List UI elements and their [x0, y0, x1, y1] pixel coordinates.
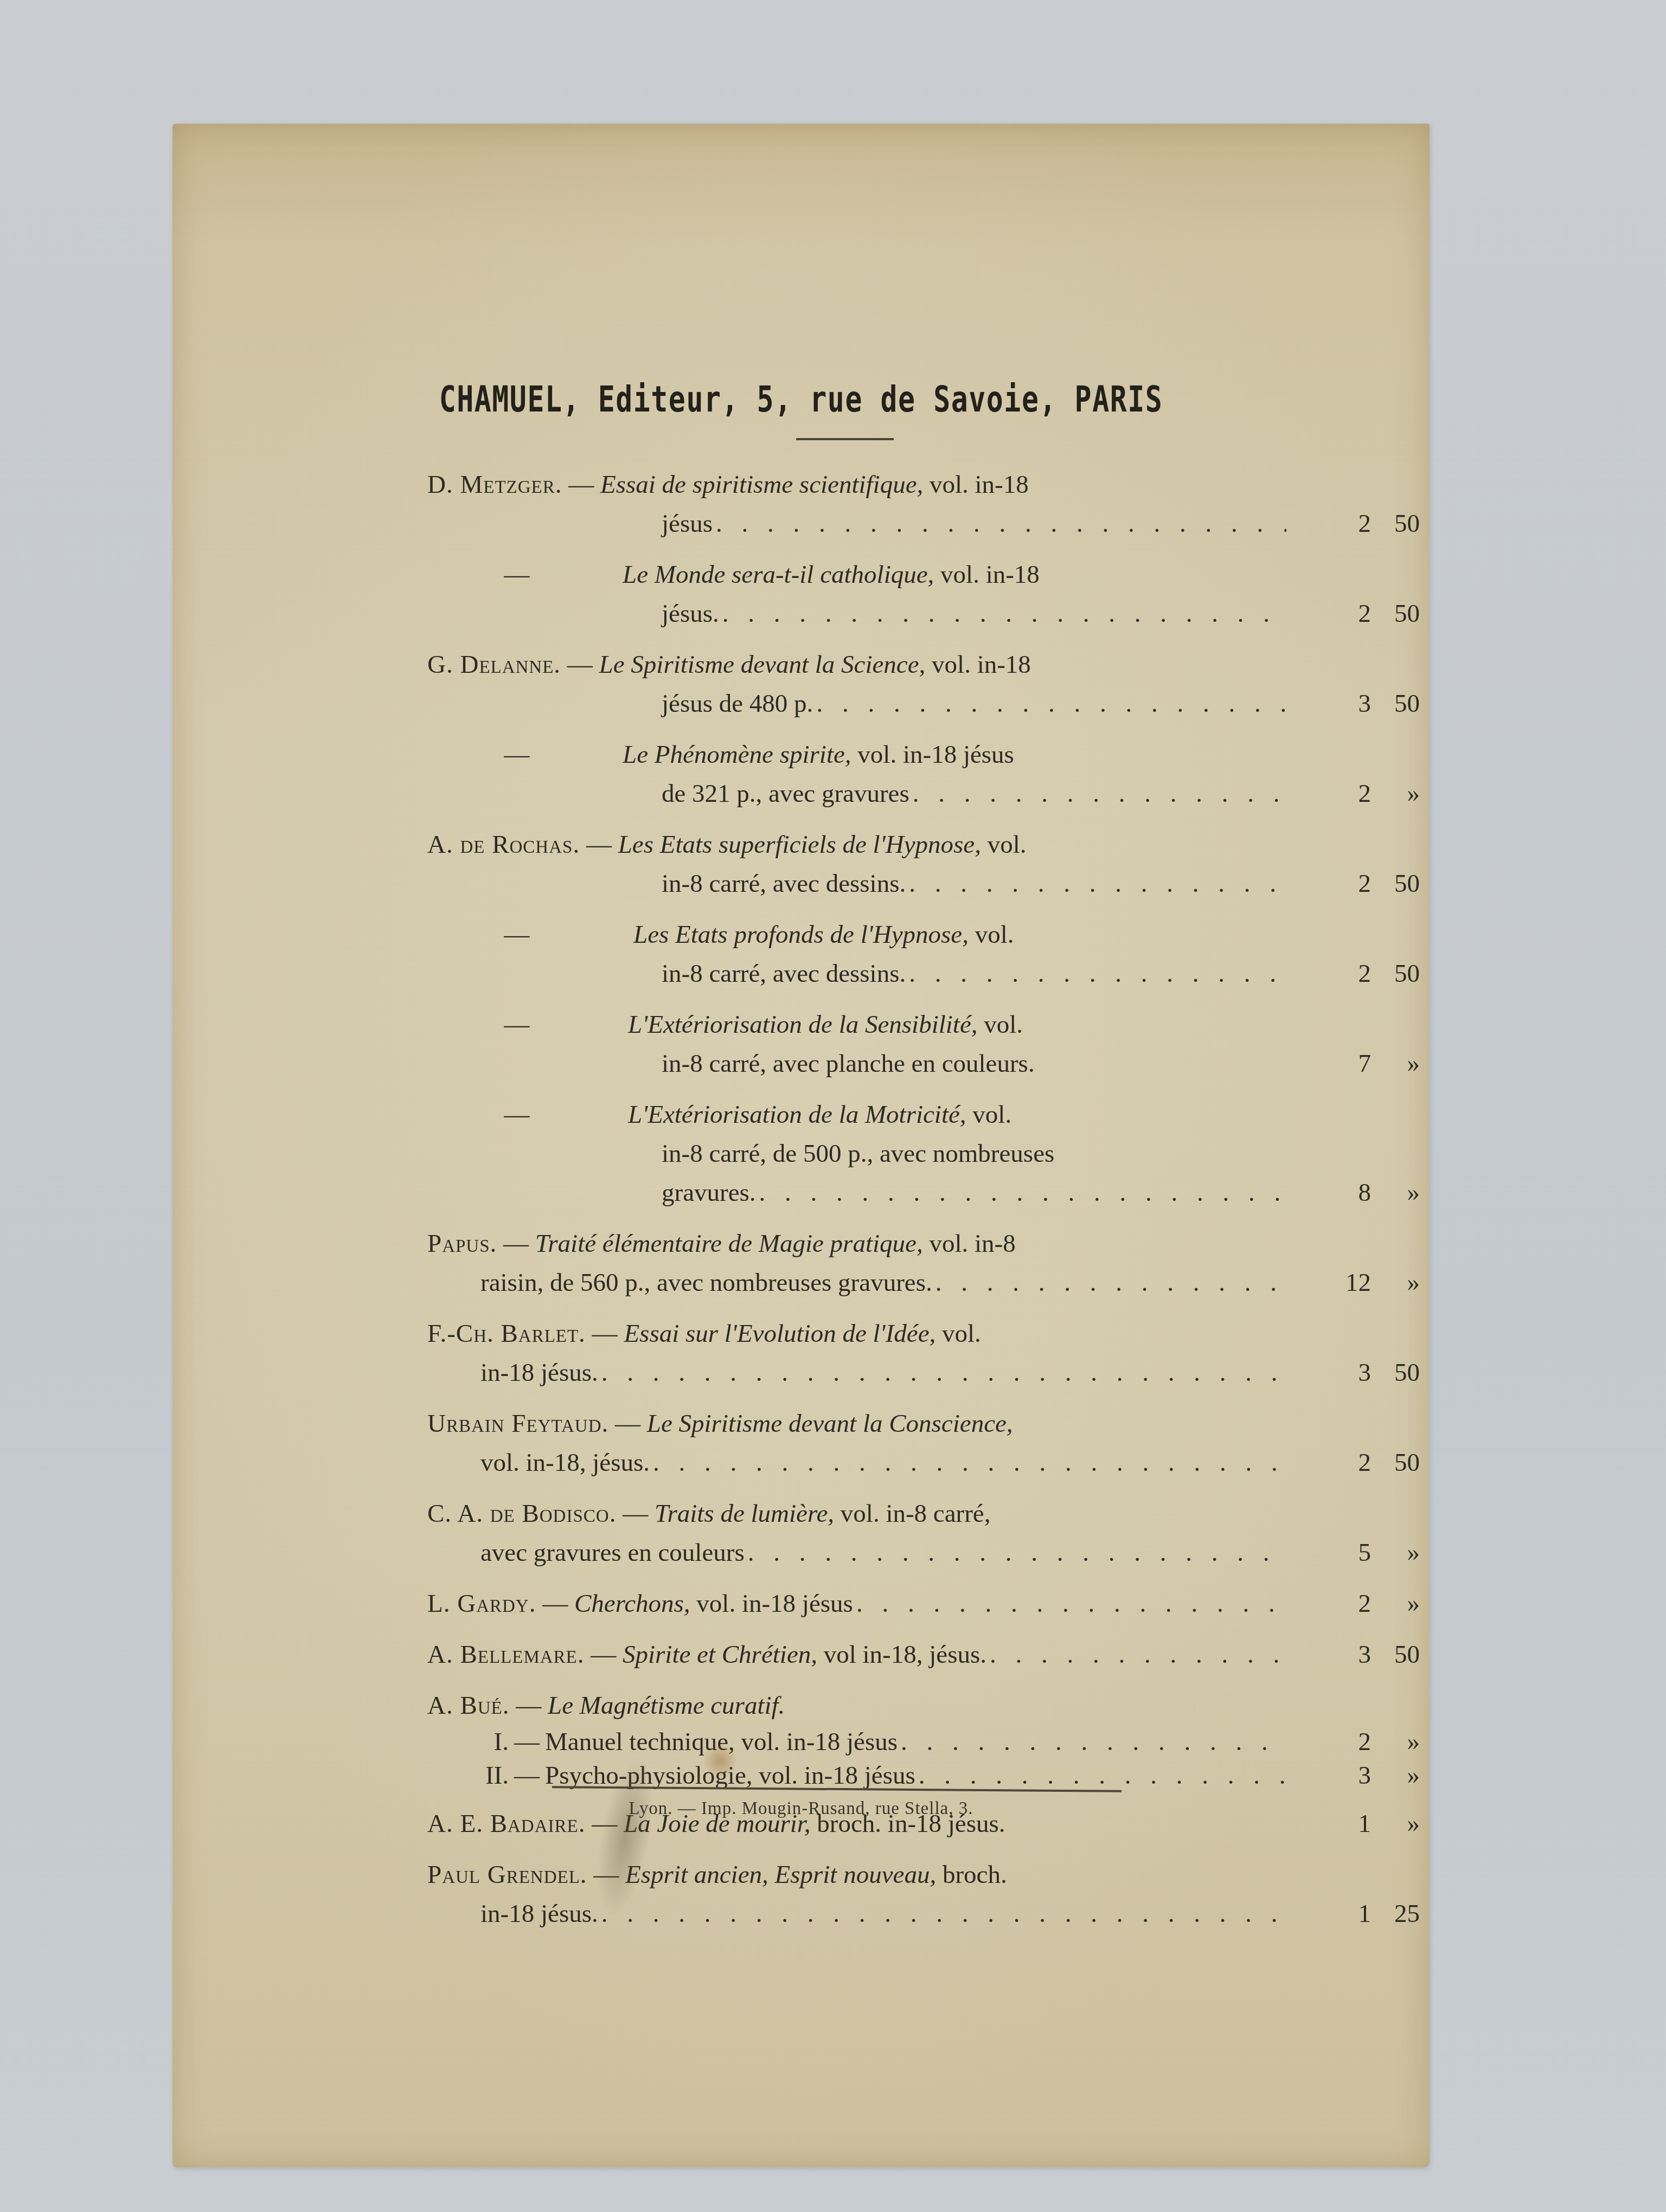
leader-dots: . . . . . . . . . . . . . . . . . . . . …	[653, 1443, 1286, 1482]
dash: —	[514, 1759, 540, 1792]
book-title: Le Spiritisme devant la Conscience,	[647, 1410, 1013, 1438]
author: F.-Ch. Barlet.	[427, 1320, 586, 1348]
dash: —	[567, 651, 593, 679]
leader-dots: . . . . . . . . . . . . . . . . . . . . …	[722, 594, 1286, 633]
format: vol. in-18	[940, 561, 1040, 589]
price: 12»	[1333, 1263, 1420, 1302]
catalog-entry: — L'Extériorisation de la Motricité, vol…	[427, 1095, 1420, 1212]
format: vol. in-8	[929, 1230, 1015, 1258]
ditto-dash: —	[427, 915, 606, 954]
leader-dots: . . . . . . . . . . . . . . . . . . . . …	[856, 1584, 1286, 1623]
format-continued: jésus de 480 p.	[662, 684, 813, 723]
author: D. Metzger.	[427, 471, 562, 499]
ditto-dash: —	[427, 555, 606, 594]
dash: —	[591, 1641, 616, 1669]
format: vol.	[972, 1101, 1011, 1129]
catalog-entry: — Le Phénomène spirite, vol. in-18 jésus…	[427, 735, 1420, 813]
format-continued: in-8 carré, de 500 p., avec nombreuses	[662, 1134, 1054, 1173]
dash: —	[514, 1725, 540, 1759]
format-continued: in-8 carré, avec dessins.	[662, 864, 906, 903]
book-title: Le Magnétisme curatif.	[548, 1692, 785, 1720]
format: vol. in-18 jésus	[696, 1590, 853, 1618]
price: 2»	[1333, 774, 1420, 813]
catalog-entry: F.-Ch. Barlet. — Essai sur l'Evolution d…	[427, 1314, 1420, 1392]
book-title: Essai de spiritisme scientifique,	[600, 471, 923, 499]
catalog-entry: A. de Rochas. — Les Etats superficiels d…	[427, 825, 1420, 903]
format-continued: gravures.	[662, 1173, 756, 1212]
format-continued: in-8 carré, avec dessins.	[662, 954, 906, 993]
book-title: Cherchons,	[574, 1590, 690, 1618]
book-catalog: D. Metzger. — Essai de spiritisme scient…	[427, 465, 1420, 1945]
catalog-entry: G. Delanne. — Le Spiritisme devant la Sc…	[427, 645, 1420, 723]
leader-dots: . . . . . . . . . . . . . . . . . . . . …	[909, 954, 1286, 993]
dash: —	[503, 1230, 529, 1258]
author: Papus.	[427, 1230, 497, 1258]
dash: —	[568, 471, 594, 499]
author: C. A. de Bodisco.	[427, 1500, 616, 1528]
part-number: I.	[427, 1725, 509, 1759]
price: 5»	[1333, 1533, 1420, 1572]
book-title: Traits de lumière,	[655, 1500, 834, 1528]
format-continued: raisin, de 560 p., avec nombreuses gravu…	[480, 1263, 932, 1302]
catalog-entry: Papus. — Traité élémentaire de Magie pra…	[427, 1224, 1420, 1302]
format-continued: jésus.	[662, 594, 719, 633]
price: 250	[1333, 594, 1420, 633]
catalog-entry: A. Bué. — Le Magnétisme curatif. I. — Ma…	[427, 1686, 1420, 1792]
book-title: L'Extériorisation de la Sensibilité,	[628, 1011, 978, 1039]
price: 350	[1333, 1635, 1420, 1674]
price: 250	[1333, 864, 1420, 903]
format-continued: in-8 carré, avec planche en couleurs.	[662, 1044, 1035, 1083]
author: Paul Grendel.	[427, 1861, 587, 1889]
leader-dots: . . . . . . . . . . . . . . . . . . . . …	[913, 774, 1286, 813]
format: broch.	[943, 1861, 1007, 1889]
price: 2»	[1333, 1584, 1420, 1623]
format: vol. in-18	[930, 471, 1029, 499]
author: L. Gardy.	[427, 1590, 536, 1618]
dash: —	[623, 1500, 648, 1528]
leader-dots: . . . . . . . . . . . . . . . . . . . . …	[909, 864, 1286, 903]
catalog-entry: Urbain Feytaud. — Le Spiritisme devant l…	[427, 1404, 1420, 1482]
ditto-dash: —	[427, 1095, 606, 1134]
author: Urbain Feytaud.	[427, 1410, 608, 1438]
volume-part: I. — Manuel technique, vol. in-18 jésus …	[427, 1725, 1420, 1759]
format-continued: jésus	[662, 504, 713, 543]
leader-dots: . . . . . . . . . . . . . . . . . . . . …	[919, 1759, 1286, 1792]
format: vol.	[988, 831, 1027, 859]
leader-dots: . . . . . . . . . . . . . . . . . . . . …	[601, 1353, 1286, 1392]
format: vol in-18, jésus.	[824, 1641, 986, 1669]
dash: —	[586, 831, 612, 859]
format: vol. in-18	[932, 651, 1031, 679]
dash: —	[542, 1590, 568, 1618]
book-title: Essai sur l'Evolution de l'Idée,	[624, 1320, 935, 1348]
leader-dots: . . . . . . . . . . . . . . . . . . . . …	[748, 1533, 1286, 1572]
book-title: Le Phénomène spirite,	[623, 741, 851, 769]
ditto-dash: —	[427, 1005, 606, 1044]
catalog-entry: L. Gardy. — Cherchons, vol. in-18 jésus …	[427, 1584, 1420, 1623]
leader-dots: . . . . . . . . . . . . . . . . . . . . …	[901, 1725, 1286, 1759]
price: 3»	[1333, 1759, 1420, 1792]
dash: —	[516, 1692, 541, 1720]
price: 250	[1333, 504, 1420, 543]
leader-dots: . . . . . . . . . . . . . . . . . . . . …	[816, 684, 1286, 723]
catalog-entry: Paul Grendel. — Esprit ancien, Esprit no…	[427, 1855, 1420, 1933]
leader-dots: . . . . . . . . . . . . . . . . . . . . …	[716, 504, 1286, 543]
catalog-entry: — Le Monde sera-t-il catholique, vol. in…	[427, 555, 1420, 633]
publisher-heading: CHAMUEL, Editeur, 5, rue de Savoie, PARI…	[311, 378, 1291, 420]
book-title: Esprit ancien, Esprit nouveau,	[625, 1861, 936, 1889]
dash: —	[592, 1320, 618, 1348]
format-continued: in-18 jésus.	[480, 1894, 598, 1933]
catalog-entry: — L'Extériorisation de la Sensibilité, v…	[427, 1005, 1420, 1083]
catalog-entry: C. A. de Bodisco. — Traits de lumière, v…	[427, 1494, 1420, 1572]
book-title: Traité élémentaire de Magie pratique,	[535, 1230, 923, 1258]
catalog-entry: — Les Etats profonds de l'Hypnose, vol. …	[427, 915, 1420, 993]
foxing-spot	[704, 1742, 736, 1780]
catalog-entry: A. Bellemare. — Spirite et Chrétien, vol…	[427, 1635, 1420, 1674]
price: 250	[1333, 1443, 1420, 1482]
book-title: Le Monde sera-t-il catholique,	[623, 561, 934, 589]
price: 8»	[1333, 1173, 1420, 1212]
price: 350	[1333, 1353, 1420, 1392]
price: 2»	[1333, 1725, 1420, 1759]
price: 125	[1333, 1894, 1420, 1933]
part-number: II.	[427, 1759, 509, 1792]
book-title: L'Extériorisation de la Motricité,	[628, 1101, 966, 1129]
leader-dots: . . . . . . . . . . . . . . . . . . . . …	[935, 1263, 1286, 1302]
book-title: Les Etats profonds de l'Hypnose,	[633, 921, 969, 949]
price: 250	[1333, 954, 1420, 993]
book-title: Le Spiritisme devant la Science,	[599, 651, 926, 679]
heading-divider	[796, 438, 894, 440]
format-continued: vol. in-18, jésus.	[480, 1443, 650, 1482]
book-title: Les Etats superficiels de l'Hypnose,	[618, 831, 981, 859]
format-continued: avec gravures en couleurs	[480, 1533, 745, 1572]
format-continued: in-18 jésus.	[480, 1353, 598, 1392]
author: A. Bellemare.	[427, 1641, 585, 1669]
catalog-page: CHAMUEL, Editeur, 5, rue de Savoie, PARI…	[172, 124, 1430, 2168]
author: A. de Rochas.	[427, 831, 580, 859]
leader-dots: . . . . . . . . . . . . . . . . . . . . …	[759, 1173, 1286, 1212]
format: vol.	[975, 921, 1014, 949]
leader-dots: . . . . . . . . . . . . . . . . . . . . …	[990, 1635, 1286, 1674]
format: vol. in-18 jésus	[857, 741, 1014, 769]
format: vol.	[942, 1320, 981, 1348]
format: vol.	[984, 1011, 1023, 1039]
author: A. Bué.	[427, 1692, 510, 1720]
ditto-dash: —	[427, 735, 606, 774]
price: 7»	[1333, 1044, 1420, 1083]
catalog-entry: D. Metzger. — Essai de spiritisme scient…	[427, 465, 1420, 543]
leader-dots: . . . . . . . . . . . . . . . . . . . . …	[601, 1894, 1286, 1933]
price: 350	[1333, 684, 1420, 723]
book-title: Spirite et Chrétien,	[623, 1641, 817, 1669]
format-continued: de 321 p., avec gravures	[662, 774, 909, 813]
printer-imprint: Lyon. — Imp. Mougin-Rusand, rue Stella, …	[172, 1799, 1430, 1819]
author: G. Delanne.	[427, 651, 561, 679]
dash: —	[615, 1410, 640, 1438]
format: vol. in-8 carré,	[841, 1500, 991, 1528]
